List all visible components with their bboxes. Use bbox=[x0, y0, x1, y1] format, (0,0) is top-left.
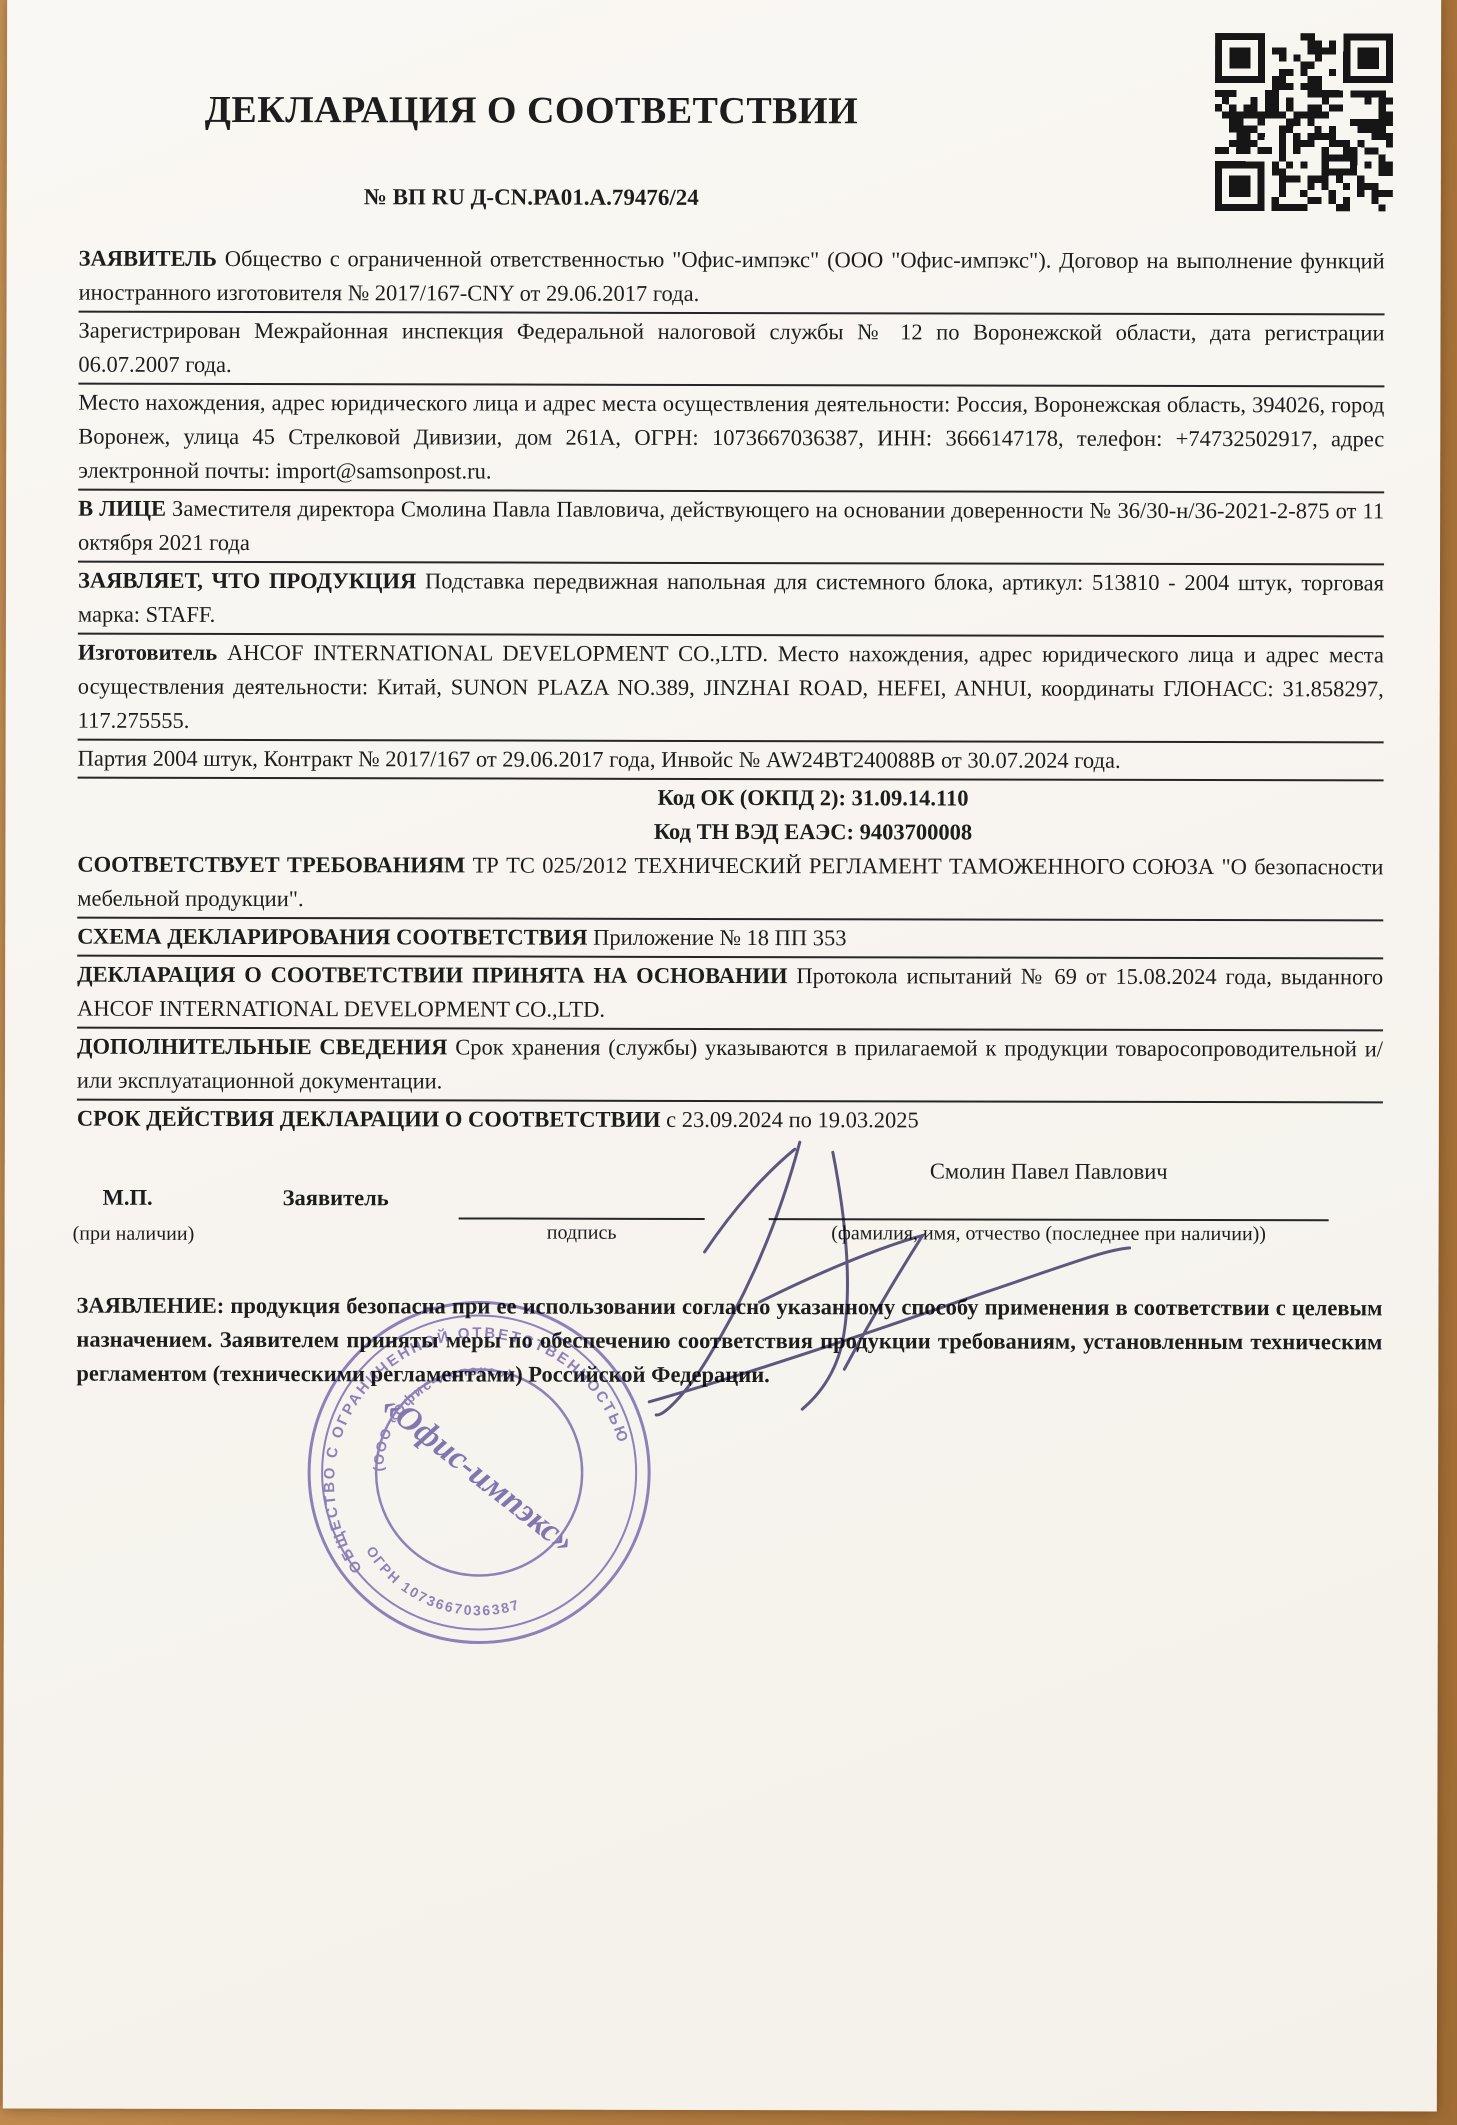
section-label: ЗАЯВЛЯЕТ, ЧТО ПРОДУКЦИЯ bbox=[78, 568, 416, 594]
section-text: Партия 2004 штук, Контракт № 2017/167 от… bbox=[78, 746, 1121, 773]
section-scheme: СХЕМА ДЕКЛАРИРОВАНИЯ СООТВЕТСТВИЯ Прилож… bbox=[77, 920, 1383, 960]
stamp-center-text: «Офис-импэкс» bbox=[375, 1387, 582, 1561]
declaration-number: № ВП RU Д-CN.РА01.А.79476/24 bbox=[79, 184, 984, 212]
code-tnved: Код ТН ВЭД ЕАЭС: 9403700008 bbox=[242, 814, 1383, 850]
section-label: СООТВЕТСТВУЕТ ТРЕБОВАНИЯМ bbox=[77, 852, 465, 878]
section-text: Приложение № 18 ПП 353 bbox=[593, 925, 847, 951]
section-label: ДЕКЛАРАЦИЯ О СООТВЕТСТВИИ ПРИНЯТА НА ОСН… bbox=[77, 962, 787, 988]
statement-label: ЗАЯВЛЕНИЕ: bbox=[76, 1293, 224, 1318]
section-batch: Партия 2004 штук, Контракт № 2017/167 от… bbox=[78, 742, 1384, 782]
section-validity: СРОК ДЕЙСТВИЯ ДЕКЛАРАЦИИ О СООТВЕТСТВИИ … bbox=[77, 1102, 1383, 1140]
section-requirements: СООТВЕТСТВУЕТ ТРЕБОВАНИЯМ ТР ТС 025/2012… bbox=[77, 848, 1383, 922]
section-label: ЗАЯВИТЕЛЬ bbox=[79, 246, 217, 271]
photo-background: { "page": { "title": "ДЕКЛАРАЦИЯ О СООТВ… bbox=[0, 0, 1457, 2125]
stamp-place-label: М.П. bbox=[103, 1185, 153, 1211]
section-label: СРОК ДЕЙСТВИЯ ДЕКЛАРАЦИИ О СООТВЕТСТВИИ bbox=[77, 1106, 661, 1132]
statement-text: продукция безопасна при ее использовании… bbox=[76, 1293, 1382, 1387]
document-paper: ДЕКЛАРАЦИЯ О СООТВЕТСТВИИ № ВП RU Д-CN.Р… bbox=[3, 0, 1441, 2111]
section-in-person: В ЛИЦЕ Заместителя директора Смолина Пав… bbox=[78, 492, 1384, 566]
name-caption: (фамилия, имя, отчество (последнее при н… bbox=[769, 1222, 1329, 1246]
section-product: ЗАЯВЛЯЕТ, ЧТО ПРОДУКЦИЯ Подставка передв… bbox=[78, 564, 1384, 638]
section-label: Изготовитель bbox=[78, 640, 217, 665]
section-label: В ЛИЦЕ bbox=[78, 496, 166, 521]
document-content: ДЕКЛАРАЦИЯ О СООТВЕТСТВИИ № ВП RU Д-CN.Р… bbox=[76, 0, 1385, 1393]
section-additional-info: ДОПОЛНИТЕЛЬНЫЕ СВЕДЕНИЯ Срок хранения (с… bbox=[77, 1030, 1383, 1104]
code-value: 31.09.14.110 bbox=[852, 785, 969, 810]
document-title: ДЕКЛАРАЦИЯ О СООТВЕТСТВИИ bbox=[79, 88, 984, 134]
code-value: 9403700008 bbox=[860, 819, 973, 844]
section-label: ДОПОЛНИТЕЛЬНЫЕ СВЕДЕНИЯ bbox=[77, 1034, 447, 1060]
code-label: Код ТН ВЭД ЕАЭС: bbox=[654, 819, 854, 844]
section-text: с 23.09.2024 по 19.03.2025 bbox=[666, 1107, 919, 1133]
section-registration: Зарегистрирован Межрайонная инспекция Фе… bbox=[78, 314, 1384, 388]
section-text: Заместителя директора Смолина Павла Павл… bbox=[78, 496, 1384, 555]
section-manufacturer: Изготовитель AHCOF INTERNATIONAL DEVELOP… bbox=[78, 636, 1384, 744]
signature-line bbox=[459, 1217, 705, 1220]
section-text: Общество с ограниченной ответственностью… bbox=[79, 246, 1385, 306]
stamp-place-note: (при наличии) bbox=[73, 1223, 195, 1246]
signature-block: М.П. (при наличии) Заявитель подпись Смо… bbox=[77, 1145, 1383, 1286]
stamp-inner-circle bbox=[376, 1369, 582, 1575]
codes-block: Код ОК (ОКПД 2): 31.09.14.110 Код ТН ВЭД… bbox=[77, 780, 1383, 851]
section-basis: ДЕКЛАРАЦИЯ О СООТВЕТСТВИИ ПРИНЯТА НА ОСН… bbox=[77, 958, 1383, 1032]
section-applicant: ЗАЯВИТЕЛЬ Общество с ограниченной ответс… bbox=[79, 242, 1385, 316]
signature-caption: подпись bbox=[459, 1221, 705, 1245]
section-address: Место нахождения, адрес юридического лиц… bbox=[78, 386, 1384, 494]
document-body: ЗАЯВИТЕЛЬ Общество с ограниченной ответс… bbox=[76, 242, 1384, 1394]
code-label: Код ОК (ОКПД 2): bbox=[658, 785, 846, 810]
svg-text:ОГРН 1073667036387: ОГРН 1073667036387 bbox=[363, 1543, 522, 1618]
document-header: ДЕКЛАРАЦИЯ О СООТВЕТСТВИИ № ВП RU Д-CN.Р… bbox=[79, 88, 984, 212]
signatory-name: Смолин Павел Павлович bbox=[769, 1158, 1329, 1185]
section-label: СХЕМА ДЕКЛАРИРОВАНИЯ СООТВЕТСТВИЯ bbox=[77, 924, 587, 950]
name-line bbox=[769, 1218, 1329, 1221]
section-text: Зарегистрирован Межрайонная инспекция Фе… bbox=[78, 318, 1384, 377]
section-text: AHCOF INTERNATIONAL DEVELOPMENT CO.,LTD.… bbox=[78, 640, 1384, 733]
section-text: Место нахождения, адрес юридического лиц… bbox=[78, 390, 1384, 484]
stamp-ogrn-text: ОГРН 1073667036387 bbox=[363, 1543, 522, 1618]
code-okpd: Код ОК (ОКПД 2): 31.09.14.110 bbox=[243, 780, 1384, 816]
statement-paragraph: ЗАЯВЛЕНИЕ: продукция безопасна при ее ис… bbox=[76, 1289, 1382, 1394]
applicant-label: Заявитель bbox=[283, 1185, 389, 1211]
